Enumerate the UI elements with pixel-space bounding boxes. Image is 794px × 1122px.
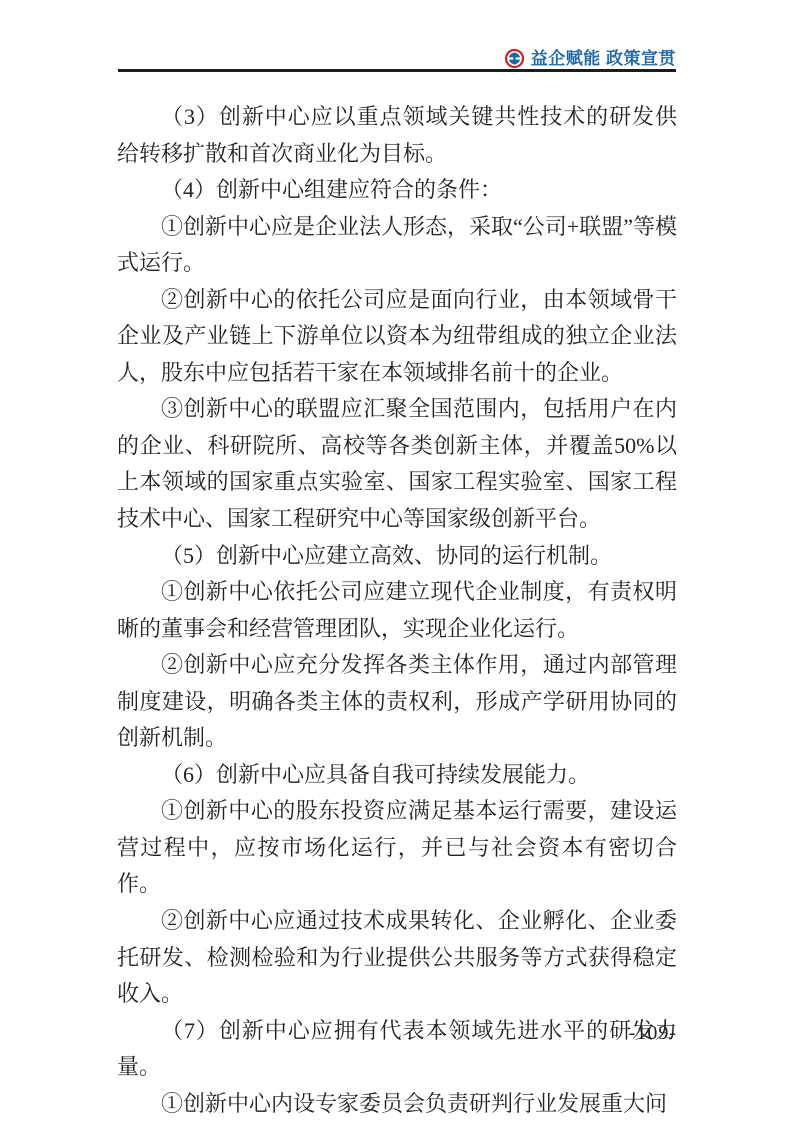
document-body: （3）创新中心应以重点领域关键共性技术的研发供给转移扩散和首次商业化为目标。 （… [117,99,677,1122]
body-paragraph: ①创新中心内设专家委员会负责研判行业发展重大问 [117,1086,677,1122]
body-paragraph: ②创新中心应通过技术成果转化、企业孵化、企业委托研发、检测检验和为行业提供公共服… [117,903,677,1013]
page-footer: -109- [117,1022,677,1045]
body-paragraph: （6）创新中心应具备自我可持续发展能力。 [117,757,677,794]
header-rule [118,69,676,72]
body-paragraph: （4）创新中心组建应符合的条件： [117,172,677,209]
brand: 益企赋能 政策宣贯 [504,48,676,69]
body-paragraph: （5）创新中心应建立高效、协同的运行机制。 [117,538,677,575]
page-number: -109- [629,1022,677,1044]
brand-title: 益企赋能 政策宣贯 [531,48,676,69]
body-paragraph: ①创新中心应是企业法人形态，采取“公司+联盟”等模式运行。 [117,209,677,282]
body-paragraph: ②创新中心的依托公司应是面向行业，由本领域骨干企业及产业链上下游单位以资本为纽带… [117,282,677,392]
brand-logo-icon [504,48,525,69]
body-paragraph: （3）创新中心应以重点领域关键共性技术的研发供给转移扩散和首次商业化为目标。 [117,99,677,172]
body-paragraph: ①创新中心的股东投资应满足基本运行需要，建设运营过程中，应按市场化运行，并已与社… [117,793,677,903]
body-paragraph: ①创新中心依托公司应建立现代企业制度，有责权明晰的董事会和经营管理团队，实现企业… [117,574,677,647]
body-paragraph: ②创新中心应充分发挥各类主体作用，通过内部管理制度建设，明确各类主体的责权利，形… [117,647,677,757]
document-page: 益企赋能 政策宣贯 （3）创新中心应以重点领域关键共性技术的研发供给转移扩散和首… [0,0,794,1122]
body-paragraph: ③创新中心的联盟应汇聚全国范围内，包括用户在内的企业、科研院所、高校等各类创新主… [117,391,677,537]
